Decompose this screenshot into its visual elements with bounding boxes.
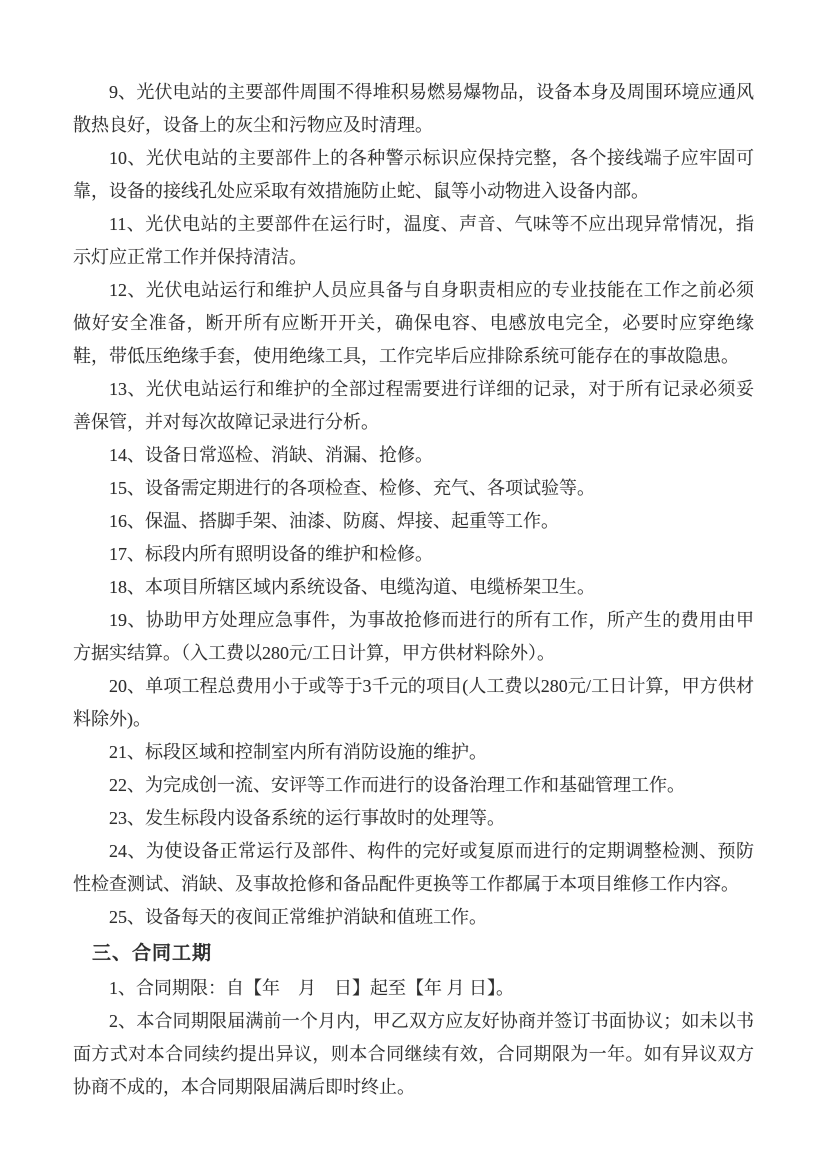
clause-item-23: 23、发生标段内设备系统的运行事故时的处理等。 bbox=[73, 802, 754, 835]
clause-item-10: 10、光伏电站的主要部件上的各种警示标识应保持完整，各个接线端子应牢固可靠，设备… bbox=[73, 142, 754, 208]
clause-item-21: 21、标段区域和控制室内所有消防设施的维护。 bbox=[73, 736, 754, 769]
clause-item-1: 1、合同期限：自【年 月 日】起至【年 月 日】。 bbox=[73, 972, 754, 1005]
clause-item-9: 9、光伏电站的主要部件周围不得堆积易燃易爆物品，设备本身及周围环境应通风散热良好… bbox=[73, 76, 754, 142]
clause-item-16: 16、保温、搭脚手架、油漆、防腐、焊接、起重等工作。 bbox=[73, 505, 754, 538]
clause-item-14: 14、设备日常巡检、消缺、消漏、抢修。 bbox=[73, 439, 754, 472]
contract-document-page: 9、光伏电站的主要部件周围不得堆积易燃易爆物品，设备本身及周围环境应通风散热良好… bbox=[0, 0, 826, 1169]
clause-item-13: 13、光伏电站运行和维护的全部过程需要进行详细的记录，对于所有记录必须妥善保管，… bbox=[73, 373, 754, 439]
clause-item-25: 25、设备每天的夜间正常维护消缺和值班工作。 bbox=[73, 901, 754, 934]
clause-item-22: 22、为完成创一流、安评等工作而进行的设备治理工作和基础管理工作。 bbox=[73, 769, 754, 802]
clause-item-15: 15、设备需定期进行的各项检查、检修、充气、各项试验等。 bbox=[73, 472, 754, 505]
clause-item-17: 17、标段内所有照明设备的维护和检修。 bbox=[73, 538, 754, 571]
clause-item-18: 18、本项目所辖区域内系统设备、电缆沟道、电缆桥架卫生。 bbox=[73, 571, 754, 604]
clause-item-2: 2、本合同期限届满前一个月内，甲乙双方应友好协商并签订书面协议；如未以书面方式对… bbox=[73, 1005, 754, 1104]
clause-item-24: 24、为使设备正常运行及部件、构件的完好或复原而进行的定期调整检测、预防性检查测… bbox=[73, 835, 754, 901]
clause-item-19: 19、协助甲方处理应急事件，为事故抢修而进行的所有工作，所产生的费用由甲方据实结… bbox=[73, 604, 754, 670]
clause-item-11: 11、光伏电站的主要部件在运行时，温度、声音、气味等不应出现异常情况，指示灯应正… bbox=[73, 208, 754, 274]
clause-item-12: 12、光伏电站运行和维护人员应具备与自身职责相应的专业技能在工作之前必须做好安全… bbox=[73, 274, 754, 373]
clause-item-20: 20、单项工程总费用小于或等于3千元的项目(人工费以280元/工日计算，甲方供材… bbox=[73, 670, 754, 736]
section-heading-contract-period: 三、合同工期 bbox=[73, 937, 754, 970]
